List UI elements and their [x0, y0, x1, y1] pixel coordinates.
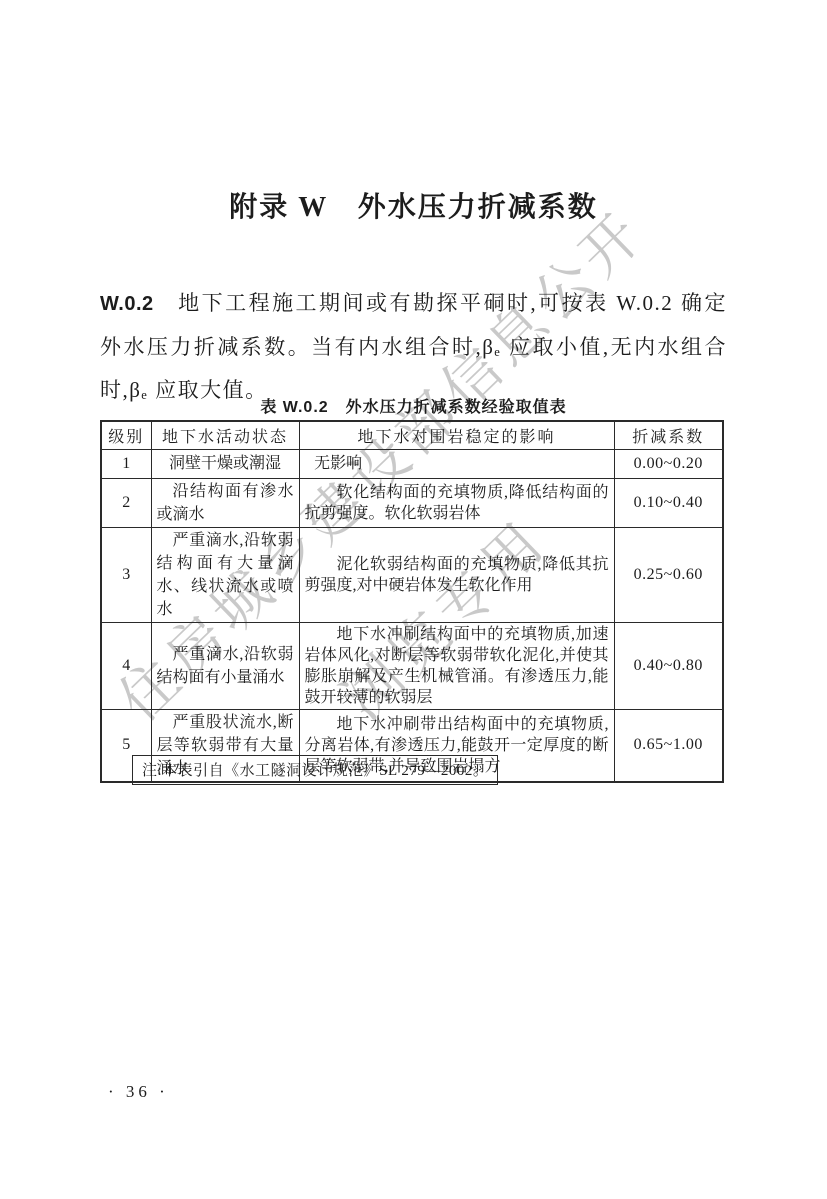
- coefficient-cell: 0.65~1.00: [614, 709, 723, 782]
- level-cell: 1: [101, 449, 151, 478]
- page-number: · 36 ·: [108, 1082, 169, 1102]
- table-row: 1 洞壁干燥或潮湿 无影响 0.00~0.20: [101, 449, 723, 478]
- coefficient-cell: 0.25~0.60: [614, 527, 723, 622]
- header-effect: 地下水对围岩稳定的影响: [299, 421, 614, 449]
- effect-cell: 无影响: [299, 449, 614, 478]
- table-row: 4 严重滴水,沿软弱结构面有小量涌水 地下水冲刷结构面中的充填物质,加速岩体风化…: [101, 622, 723, 709]
- state-cell: 洞壁干燥或潮湿: [151, 449, 299, 478]
- clause-label: W.0.2: [100, 293, 154, 315]
- effect-cell: 泥化软弱结构面的充填物质,降低其抗剪强度,对中硬岩体发生软化作用: [299, 527, 614, 622]
- state-cell: 严重滴水,沿软弱结构面有大量滴水、线状流水或喷水: [151, 527, 299, 622]
- coefficient-cell: 0.00~0.20: [614, 449, 723, 478]
- page-content: 附录 W 外水压力折减系数 W.0.2 地下工程施工期间或有勘探平硐时,可按表 …: [0, 0, 827, 1199]
- state-cell: 沿结构面有渗水或滴水: [151, 478, 299, 527]
- header-state: 地下水活动状态: [151, 421, 299, 449]
- clause-line-1: W.0.2 地下工程施工期间或有勘探平硐时,可按表 W.0.2 确定: [100, 282, 727, 326]
- level-cell: 3: [101, 527, 151, 622]
- level-cell: 4: [101, 622, 151, 709]
- table-header-row: 级别 地下水活动状态 地下水对围岩稳定的影响 折减系数: [101, 421, 723, 449]
- table-note: 注:本表引自《水工隧洞设计规范》SL 279—2002。: [132, 755, 498, 785]
- header-level: 级别: [101, 421, 151, 449]
- table-row: 2 沿结构面有渗水或滴水 软化结构面的充填物质,降低结构面的抗剪强度。软化软弱岩…: [101, 478, 723, 527]
- clause-paragraph: W.0.2 地下工程施工期间或有勘探平硐时,可按表 W.0.2 确定 外水压力折…: [100, 282, 727, 412]
- clause-line-2: 外水压力折减系数。当有内水组合时,βₑ 应取小值,无内水组合: [100, 326, 727, 369]
- header-coefficient: 折减系数: [614, 421, 723, 449]
- effect-cell: 地下水冲刷结构面中的充填物质,加速岩体风化,对断层等软弱带软化泥化,并使其膨胀崩…: [299, 622, 614, 709]
- document-page: 住房城乡建设部信息公开 浏览专用 附录 W 外水压力折减系数 W.0.2 地下工…: [0, 0, 827, 1199]
- table-row: 3 严重滴水,沿软弱结构面有大量滴水、线状流水或喷水 泥化软弱结构面的充填物质,…: [101, 527, 723, 622]
- coefficient-cell: 0.40~0.80: [614, 622, 723, 709]
- effect-cell: 软化结构面的充填物质,降低结构面的抗剪强度。软化软弱岩体: [299, 478, 614, 527]
- appendix-title: 附录 W 外水压力折减系数: [0, 185, 827, 225]
- state-cell: 严重滴水,沿软弱结构面有小量涌水: [151, 622, 299, 709]
- coefficient-cell: 0.10~0.40: [614, 478, 723, 527]
- coefficient-table: 级别 地下水活动状态 地下水对围岩稳定的影响 折减系数 1 洞壁干燥或潮湿 无影…: [100, 420, 724, 783]
- table-caption: 表 W.0.2 外水压力折减系数经验取值表: [100, 394, 727, 417]
- level-cell: 2: [101, 478, 151, 527]
